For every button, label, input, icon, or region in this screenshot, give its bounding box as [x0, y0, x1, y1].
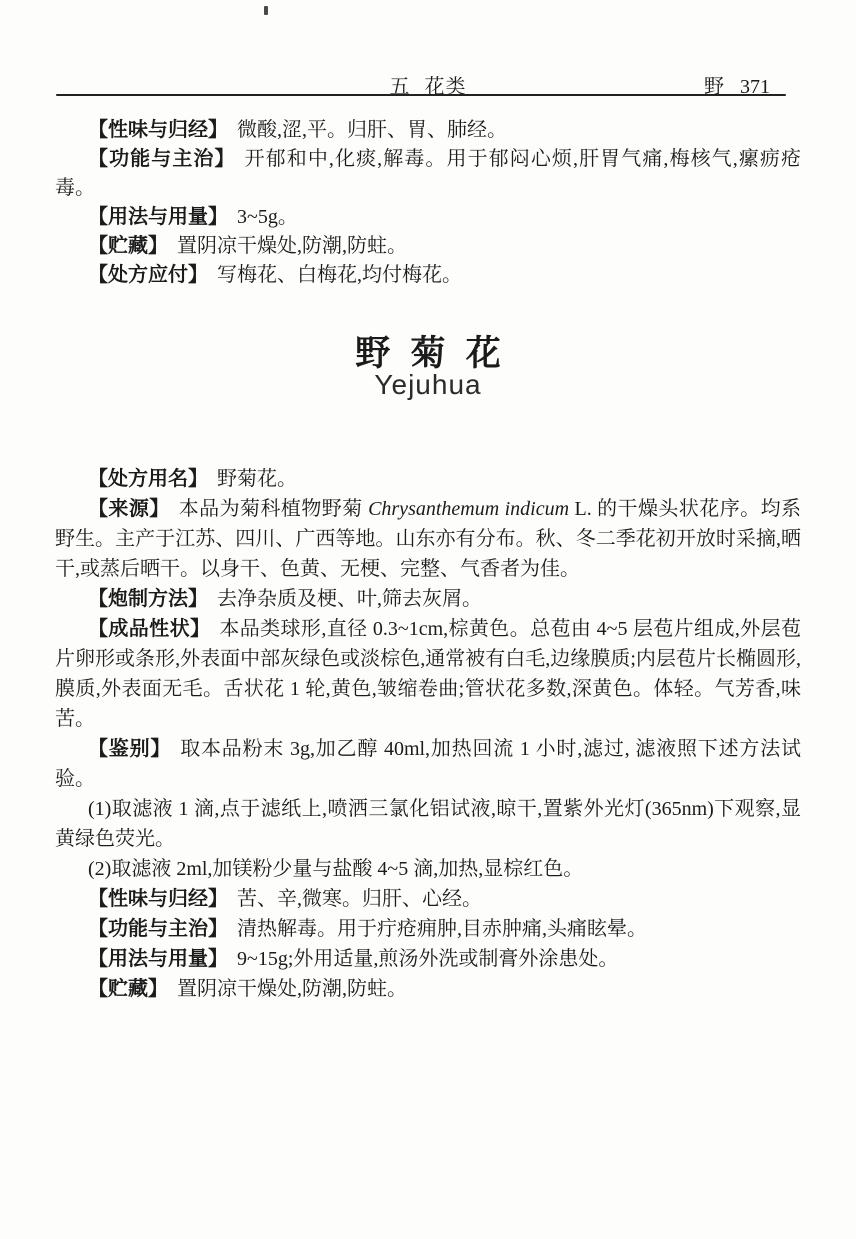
book-page: 五花类 野371 【性味与归经】微酸,涩,平。归肝、胃、肺经。 【功能与主治】开… — [0, 0, 856, 1239]
section-xingwei-guijing: 【性味与归经】苦、辛,微寒。归肝、心经。 — [55, 884, 801, 914]
section-chufang-yingfu: 【处方应付】写梅花、白梅花,均付梅花。 — [55, 261, 801, 290]
section-paozhi-fangfa: 【炮制方法】去净杂质及梗、叶,筛去灰屑。 — [55, 584, 801, 614]
section-text: 写梅花、白梅花,均付梅花。 — [217, 264, 462, 286]
print-artifact-speck — [264, 6, 268, 15]
section-laiyuan: 【来源】本品为菊科植物野菊 Chrysanthemum indicum L. 的… — [55, 494, 801, 584]
section-label: 【用法与用量】 — [88, 206, 228, 228]
section-zhucang: 【贮藏】置阴凉干燥处,防潮,防蛀。 — [55, 232, 801, 261]
yejuhua-entry-body: 【处方用名】野菊花。 【来源】本品为菊科植物野菊 Chrysanthemum i… — [55, 464, 801, 1004]
section-label: 【成品性状】 — [88, 618, 210, 640]
section-jianbie: 【鉴别】取本品粉末 3g,加乙醇 40ml,加热回流 1 小时,滤过, 滤液照下… — [55, 734, 801, 794]
jianbie-test-1: (1)取滤液 1 滴,点于滤纸上,喷洒三氯化铝试液,晾干,置紫外光灯(365nm… — [55, 794, 801, 854]
section-text: 本品为菊科植物野菊 — [179, 498, 368, 520]
section-chengpin-xingzhuang: 【成品性状】本品类球形,直径 0.3~1cm,棕黄色。总苞由 4~5 层苞片组成… — [55, 614, 801, 734]
section-text: 微酸,涩,平。归肝、胃、肺经。 — [237, 119, 507, 141]
section-label: 【贮藏】 — [88, 235, 168, 257]
section-label: 【鉴别】 — [88, 738, 171, 760]
section-yongfa-yongliang: 【用法与用量】3~5g。 — [55, 203, 801, 232]
entry-pinyin: Yejuhua — [0, 369, 856, 401]
section-label: 【性味与归经】 — [88, 888, 228, 910]
section-text: 置阴凉干燥处,防潮,防蛀。 — [177, 235, 407, 257]
jianbie-test-2: (2)取滤液 2ml,加镁粉少量与盐酸 4~5 滴,加热,显棕红色。 — [55, 854, 801, 884]
section-text: 野菊花。 — [217, 468, 297, 490]
latin-binomial: Chrysanthemum indicum — [368, 498, 569, 520]
section-label: 【炮制方法】 — [88, 588, 208, 610]
section-label: 【用法与用量】 — [88, 948, 228, 970]
section-label: 【贮藏】 — [88, 978, 168, 1000]
section-xingwei-guijing: 【性味与归经】微酸,涩,平。归肝、胃、肺经。 — [55, 116, 801, 145]
section-label: 【功能与主治】 — [88, 918, 228, 940]
meihua-entry-tail: 【性味与归经】微酸,涩,平。归肝、胃、肺经。 【功能与主治】开郁和中,化痰,解毒… — [55, 116, 801, 290]
section-yongfa-yongliang: 【用法与用量】9~15g;外用适量,煎汤外洗或制膏外涂患处。 — [55, 944, 801, 974]
section-label: 【来源】 — [88, 498, 170, 520]
section-label: 【性味与归经】 — [88, 119, 228, 141]
section-text: 清热解毒。用于疔疮痈肿,目赤肿痛,头痛眩晕。 — [237, 918, 647, 940]
section-gongneng-zhuzhi: 【功能与主治】清热解毒。用于疔疮痈肿,目赤肿痛,头痛眩晕。 — [55, 914, 801, 944]
section-text: 9~15g;外用适量,煎汤外洗或制膏外涂患处。 — [237, 948, 618, 970]
section-text: 去净杂质及梗、叶,筛去灰屑。 — [217, 588, 482, 610]
section-label: 【功能与主治】 — [88, 148, 236, 170]
section-text: 置阴凉干燥处,防潮,防蛀。 — [177, 978, 407, 1000]
section-chufang-yongming: 【处方用名】野菊花。 — [55, 464, 801, 494]
section-label: 【处方用名】 — [88, 468, 208, 490]
section-text: (2)取滤液 2ml,加镁粉少量与盐酸 4~5 滴,加热,显棕红色。 — [88, 858, 583, 880]
section-gongneng-zhuzhi: 【功能与主治】开郁和中,化痰,解毒。用于郁闷心烦,肝胃气痛,梅核气,瘰疬疮毒。 — [55, 145, 801, 203]
section-text: 3~5g。 — [237, 206, 298, 228]
header-rule — [56, 94, 786, 96]
section-text: 苦、辛,微寒。归肝、心经。 — [237, 888, 482, 910]
section-zhucang: 【贮藏】置阴凉干燥处,防潮,防蛀。 — [55, 974, 801, 1004]
section-label: 【处方应付】 — [88, 264, 208, 286]
section-text: (1)取滤液 1 滴,点于滤纸上,喷洒三氯化铝试液,晾干,置紫外光灯(365nm… — [55, 798, 801, 850]
